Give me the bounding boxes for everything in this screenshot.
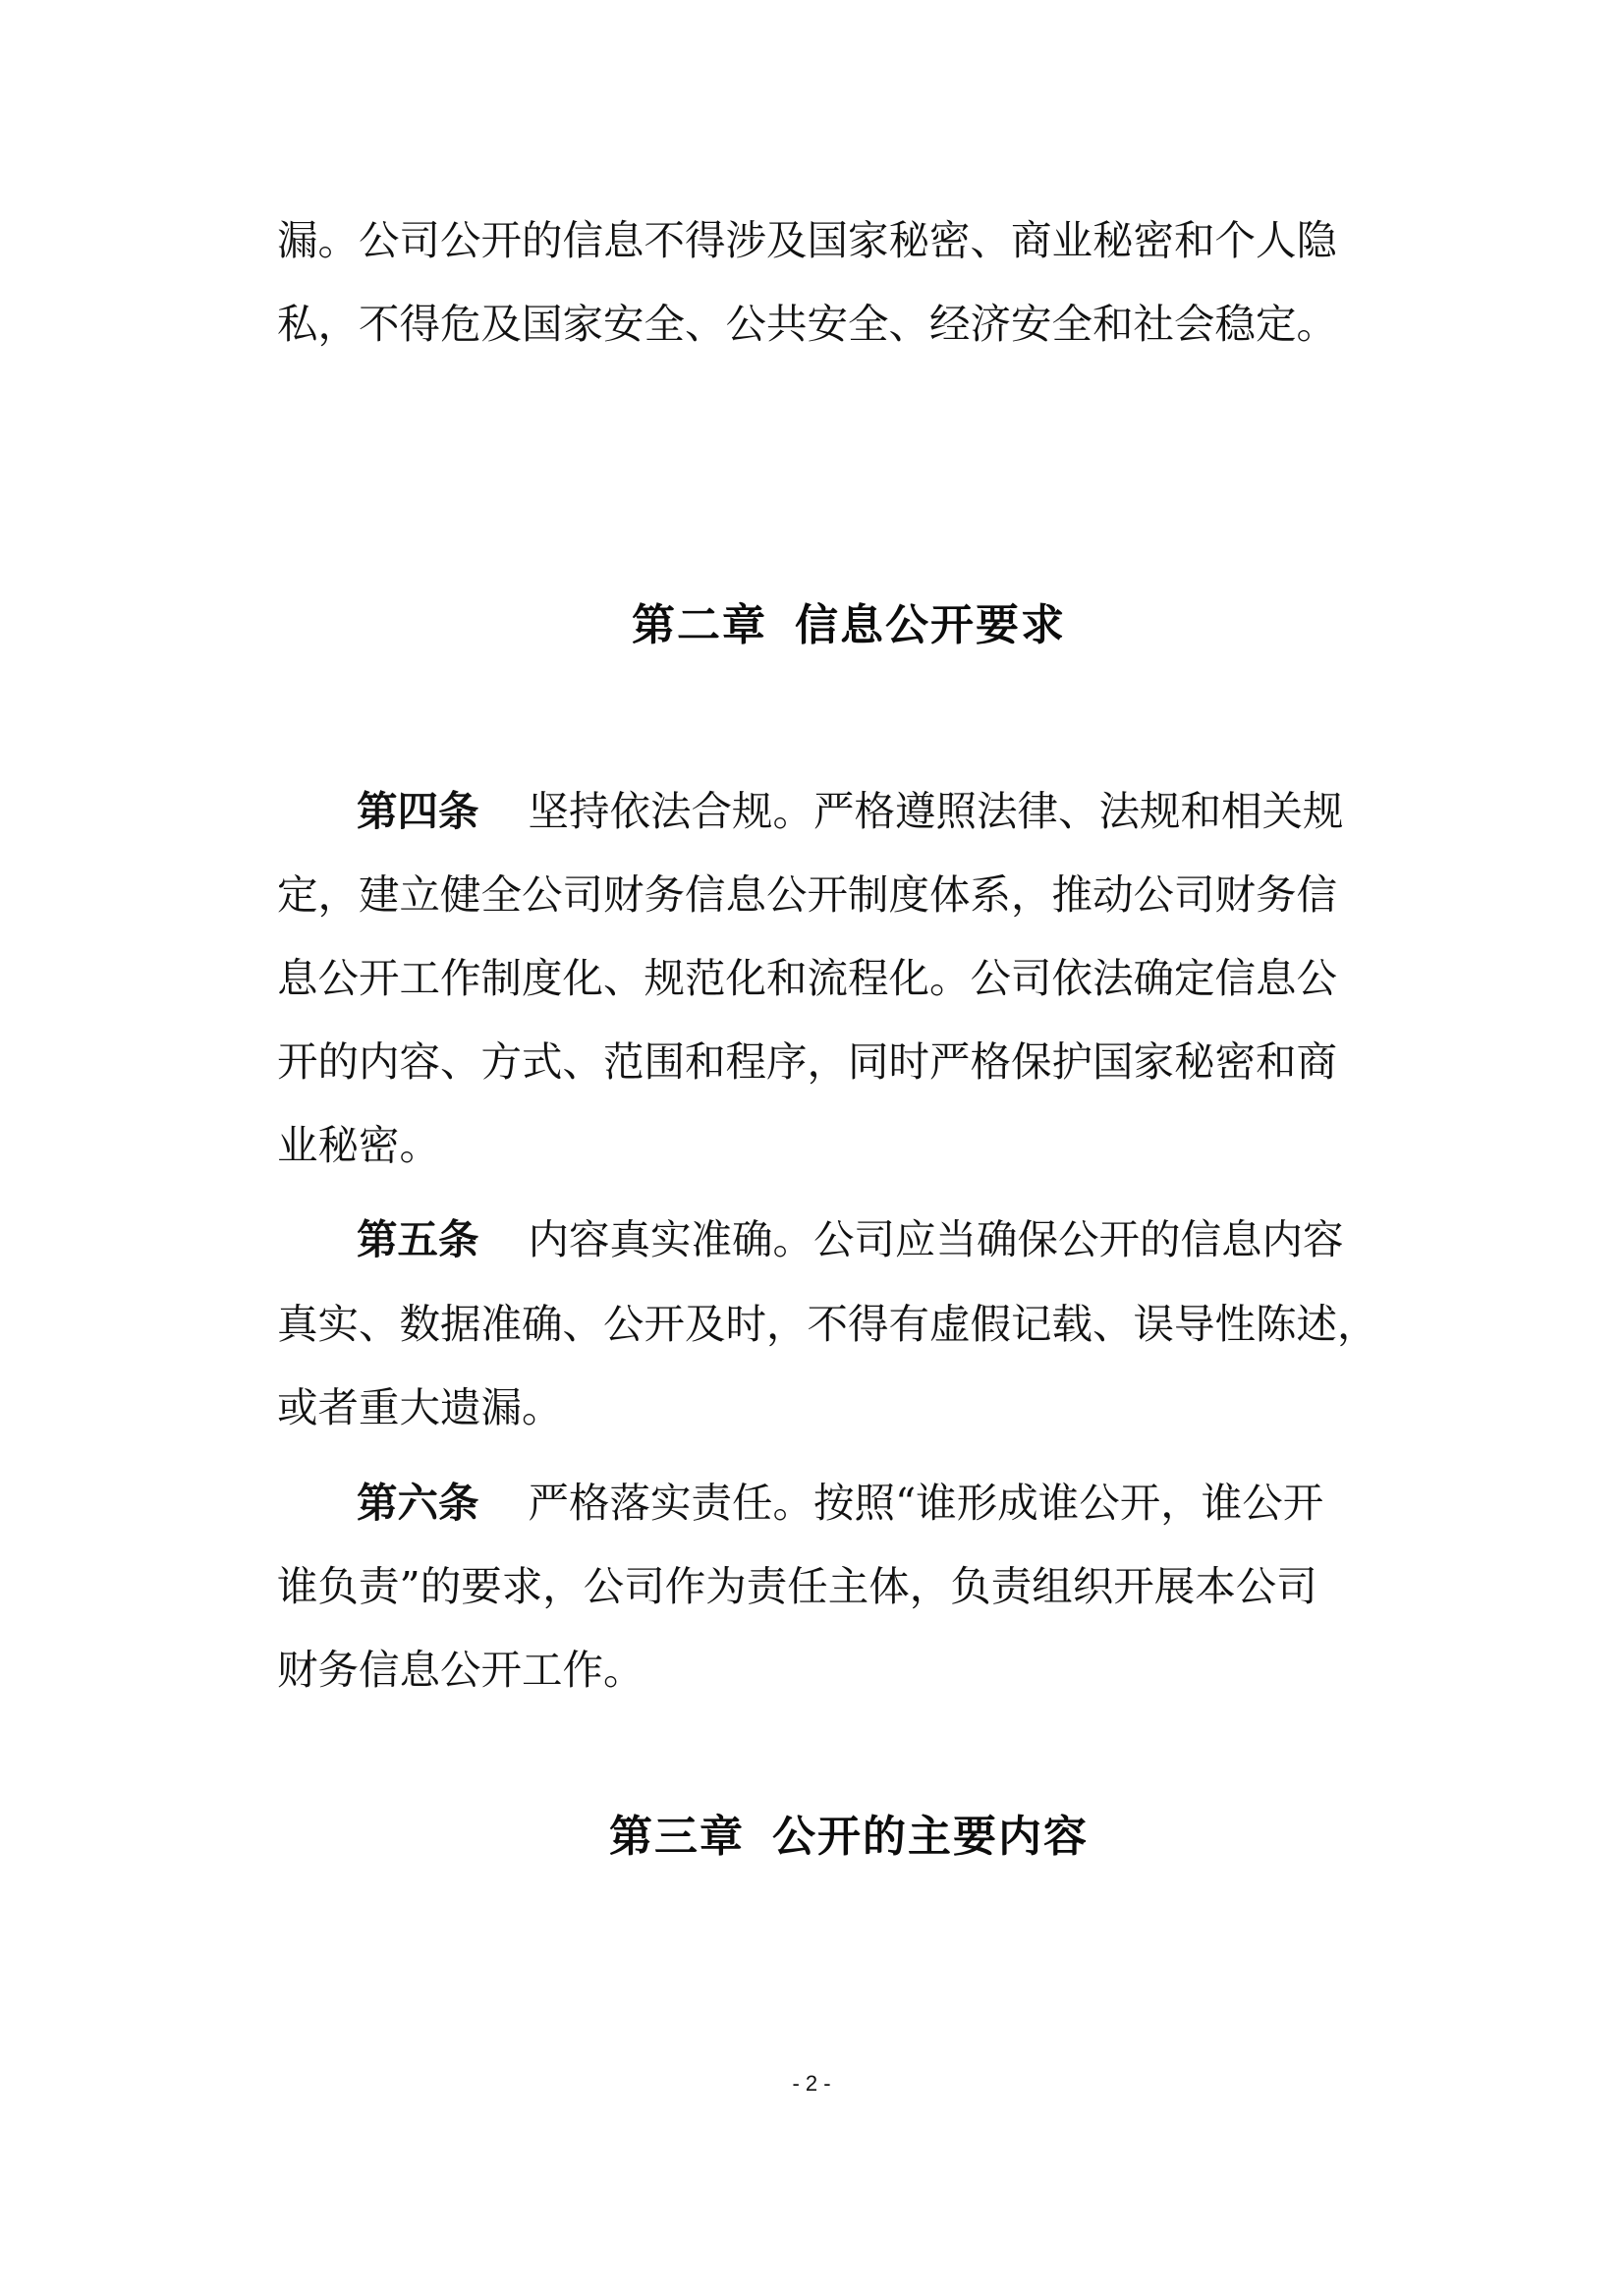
article-text: 坚持依法合规。严格遵照法律、法规和相关规 bbox=[529, 787, 1344, 835]
paragraph-line: 息公开工作制度化、规范化和流程化。公司依法确定信息公 bbox=[277, 949, 1348, 1008]
paragraph-line: 定，建立健全公司财务信息公开制度体系，推动公司财务信 bbox=[277, 866, 1348, 924]
chapter-title: 信息公开要求 bbox=[795, 600, 1066, 650]
article-text: 内容真实准确。公司应当确保公开的信息内容 bbox=[529, 1215, 1344, 1263]
paragraph-line: 私，不得危及国家安全、公共安全、经济安全和社会稳定。 bbox=[277, 295, 1348, 354]
chapter-number: 第二章 bbox=[632, 600, 767, 650]
paragraph-line: 漏。公司公开的信息不得涉及国家秘密、商业秘密和个人隐 bbox=[277, 211, 1348, 270]
article-label: 第六条 bbox=[357, 1479, 479, 1527]
paragraph-line: 谁负责”的要求，公司作为责任主体，负责组织开展本公司 bbox=[277, 1557, 1348, 1616]
paragraph-line: 或者重大遗漏。 bbox=[277, 1378, 1348, 1437]
chapter-title: 公开的主要内容 bbox=[772, 1812, 1089, 1862]
paragraph-line: 开的内容、方式、范围和程序，同时严格保护国家秘密和商 bbox=[277, 1033, 1348, 1092]
article-label: 第四条 bbox=[357, 787, 479, 835]
paragraph-line: 真实、数据准确、公开及时，不得有虚假记载、误导性陈述， bbox=[277, 1295, 1348, 1354]
article-6-first-line: 第六条严格落实责任。按照“谁形成谁公开，谁公开 bbox=[357, 1474, 1349, 1533]
chapter-heading-2: 第二章信息公开要求 bbox=[632, 594, 1066, 657]
document-page: 漏。公司公开的信息不得涉及国家秘密、商业秘密和个人隐 私，不得危及国家安全、公共… bbox=[0, 0, 1624, 2295]
article-label: 第五条 bbox=[357, 1215, 479, 1263]
article-4-first-line: 第四条坚持依法合规。严格遵照法律、法规和相关规 bbox=[357, 782, 1349, 841]
chapter-heading-3: 第三章公开的主要内容 bbox=[609, 1806, 1089, 1869]
chapter-number: 第三章 bbox=[609, 1812, 745, 1862]
page-number: - 2 - bbox=[762, 2069, 861, 2099]
article-5-first-line: 第五条内容真实准确。公司应当确保公开的信息内容 bbox=[357, 1210, 1349, 1269]
paragraph-line: 业秘密。 bbox=[277, 1116, 1348, 1175]
article-text: 严格落实责任。按照“谁形成谁公开，谁公开 bbox=[529, 1479, 1324, 1527]
paragraph-line: 财务信息公开工作。 bbox=[277, 1641, 1348, 1700]
